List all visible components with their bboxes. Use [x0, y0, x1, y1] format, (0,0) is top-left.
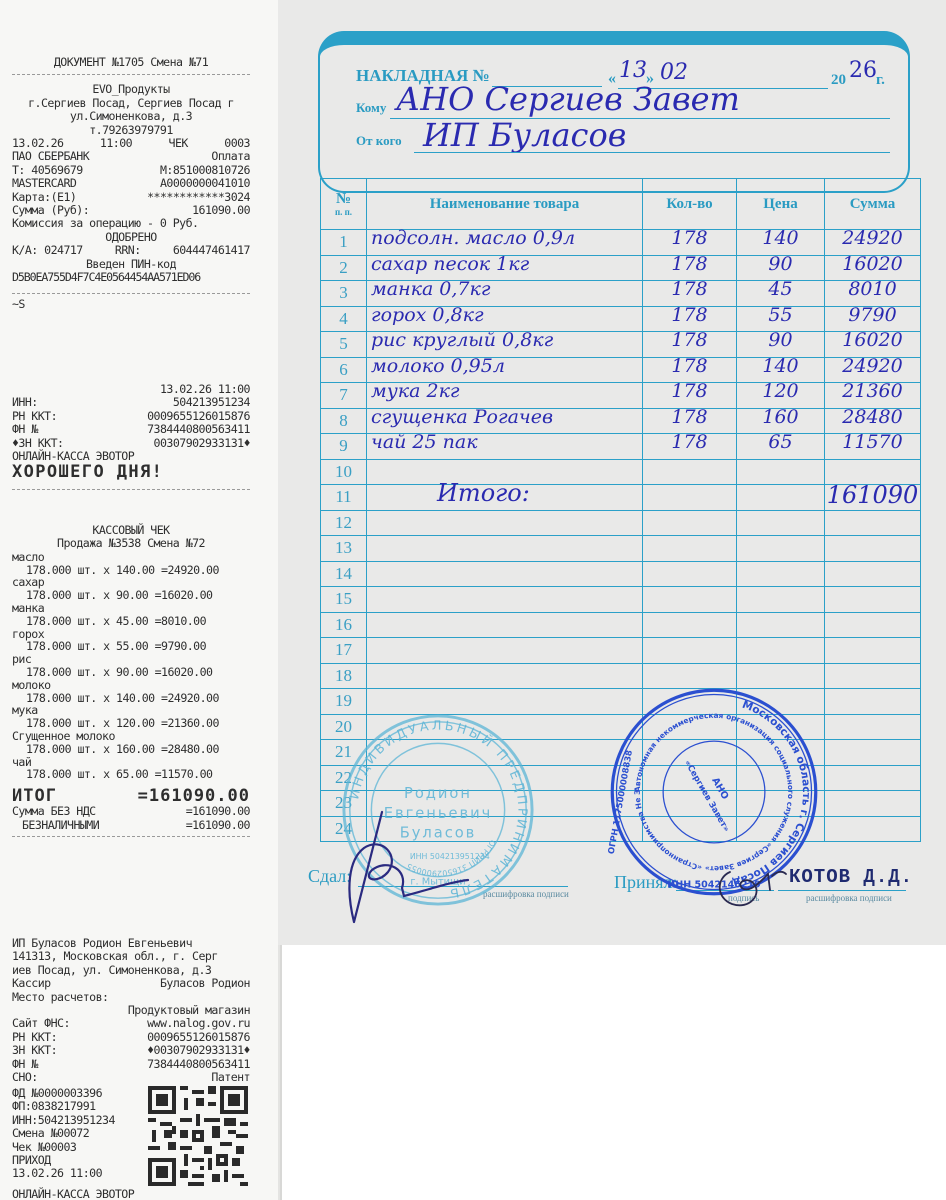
row-quantity: 178 — [671, 355, 707, 377]
row-price-cell: 140 — [737, 357, 825, 383]
check-item: Сгущенное молоко178.000 шт. х 160.00 =28… — [12, 730, 250, 756]
row-number-cell: 16 — [321, 612, 367, 638]
row-quantity-cell: 178 — [643, 357, 737, 383]
sno-value: Патент — [211, 1071, 250, 1084]
year-suffix: 26 — [849, 58, 877, 83]
row-item-name-cell — [367, 689, 643, 715]
table-row: 17 — [321, 638, 921, 664]
slip-card-system-row: MASTERCARD A0000000041010 — [12, 177, 250, 190]
approval-status: ОДОБРЕНО — [12, 231, 250, 244]
row-quantity: 178 — [671, 380, 707, 402]
row-sum-cell: 9790 — [825, 306, 921, 332]
fn-label: ФН № — [12, 1058, 38, 1071]
item-name: Сгущенное молоко — [12, 730, 250, 743]
row-quantity: 178 — [671, 227, 707, 249]
row-number-cell: 1 — [321, 230, 367, 256]
row-sum: 21360 — [842, 380, 902, 402]
row-price-cell: 45 — [737, 281, 825, 307]
row-sum: 16020 — [842, 253, 902, 275]
slip-sign: ~S — [12, 298, 250, 311]
row-item-name-cell — [367, 612, 643, 638]
slip-check-label: ЧЕК — [169, 137, 188, 150]
rn-label: РН ККТ: — [12, 410, 57, 423]
row-item-name: сгущенка Рогачев — [371, 406, 553, 428]
row-item-name: Итого: — [437, 479, 530, 507]
fiscal-datetime: 13.02.26 11:00 — [12, 383, 250, 396]
row-price-cell — [737, 510, 825, 536]
check-item: рис178.000 шт. х 90.00 =16020.00 — [12, 653, 250, 679]
row-quantity-cell — [643, 612, 737, 638]
from-line — [414, 152, 890, 153]
cashier-row: Кассир Буласов Родион — [12, 977, 250, 990]
fiscal-block-1: 13.02.26 11:00 ИНН: 504213951234 РН ККТ:… — [12, 383, 250, 494]
footer-inn: ИНН:504213951234 — [12, 1114, 152, 1127]
row-price-cell — [737, 561, 825, 587]
row-sum: 24920 — [842, 227, 902, 249]
row-price-cell: 55 — [737, 306, 825, 332]
row-quantity: 178 — [671, 431, 707, 453]
row-item-name-cell: чай 25 пак — [367, 434, 643, 460]
col-price: Цена — [737, 179, 825, 230]
row-number-cell: 18 — [321, 663, 367, 689]
item-line: 178.000 шт. х 45.00 =8010.00 — [12, 615, 250, 628]
row-sum-cell — [825, 740, 921, 766]
qr-code — [148, 1086, 248, 1186]
row-number-cell: 13 — [321, 536, 367, 562]
table-row: 8сгущенка Рогачев17816028480 — [321, 408, 921, 434]
row-sum-cell: 11570 — [825, 434, 921, 460]
row-price-cell — [737, 536, 825, 562]
rn-value: 0009655126015876 — [147, 1031, 250, 1044]
row-item-name-cell: манка 0,7кг — [367, 281, 643, 307]
table-row: 7мука 2кг17812021360 — [321, 383, 921, 409]
row-price-cell — [737, 638, 825, 664]
slip-check-no: 0003 — [224, 137, 250, 150]
site-link: www.nalog.gov.ru — [147, 1017, 250, 1030]
row-number-cell: 17 — [321, 638, 367, 664]
row-quantity-cell — [643, 459, 737, 485]
slip-bank-row: ПАО СБЕРБАНК Оплата — [12, 150, 250, 163]
rn-label: РН ККТ: — [12, 1031, 57, 1044]
row-sum-cell — [825, 663, 921, 689]
check-block: КАССОВЫЙ ЧЕК Продажа №3538 Смена №72 мас… — [12, 524, 250, 841]
zn-value: ♦00307902933131♦ — [147, 1044, 250, 1057]
total-value: =161090.00 — [138, 787, 250, 805]
slip-date: 13.02.26 — [12, 137, 63, 150]
signature-received — [710, 854, 790, 914]
divider — [12, 74, 250, 75]
row-quantity: 178 — [671, 278, 707, 300]
store-name: EVO_Продукты — [12, 83, 250, 96]
place-value: Продуктовый магазин — [12, 1004, 250, 1017]
table-row: 1подсолн. масло 0,9л17814024920 — [321, 230, 921, 256]
check-item: горох178.000 шт. х 55.00 =9790.00 — [12, 628, 250, 654]
col-number: №п. п. — [321, 179, 367, 230]
store-phone: т.79263979791 — [12, 124, 250, 137]
footer-datetime: 13.02.26 11:00 — [12, 1167, 152, 1180]
row-sum: 24920 — [842, 355, 902, 377]
slip-terminal-row: Т: 40569679 М:851000810726 — [12, 164, 250, 177]
row-quantity-cell — [643, 638, 737, 664]
row-item-name-cell: Итого: — [367, 485, 643, 511]
row-quantity-cell: 178 — [643, 255, 737, 281]
receipt-doc-header: ДОКУМЕНТ №1705 Смена №71 EVO_Продукты г.… — [12, 56, 250, 311]
seller-line-2: 141313, Московская обл., г. Серг — [12, 950, 250, 963]
row-quantity: 178 — [671, 253, 707, 275]
row-item-name: манка 0,7кг — [371, 278, 490, 300]
row-item-name-cell: сахар песок 1кг — [367, 255, 643, 281]
row-sum-cell: 24920 — [825, 357, 921, 383]
table-row: 2сахар песок 1кг1789016020 — [321, 255, 921, 281]
rrn-label: RRN: — [115, 244, 141, 257]
row-quantity-cell: 178 — [643, 332, 737, 358]
place-label: Место расчетов: — [12, 991, 250, 1004]
item-line: 178.000 шт. х 90.00 =16020.00 — [12, 589, 250, 602]
col-qty: Кол-во — [643, 179, 737, 230]
row-sum-cell: 16020 — [825, 332, 921, 358]
cash-receipt: ДОКУМЕНТ №1705 Смена №71 EVO_Продукты г.… — [0, 0, 280, 1200]
site-row: Сайт ФНС: www.nalog.gov.ru — [12, 1017, 250, 1030]
fp-number: ФП:0838217991 — [12, 1100, 152, 1113]
cashless-row: БЕЗНАЛИЧНЫМИ =161090.00 — [12, 819, 250, 832]
slip-auth-row: К/А: 024717 RRN: 604447461417 — [12, 244, 250, 257]
item-line: 178.000 шт. х 90.00 =16020.00 — [12, 666, 250, 679]
signature-handed — [338, 800, 488, 930]
row-price: 90 — [768, 253, 792, 275]
store-address-2: ул.Симоненкова, д.3 — [12, 110, 250, 123]
check-item: масло178.000 шт. х 140.00 =24920.00 — [12, 551, 250, 577]
to-value: АНО Сергиев Завет — [396, 80, 740, 118]
row-item-name-cell — [367, 561, 643, 587]
row-sum-cell — [825, 816, 921, 842]
footer-check: Чек №00003 — [12, 1141, 152, 1154]
row-item-name: мука 2кг — [371, 380, 460, 402]
row-price-cell: 140 — [737, 230, 825, 256]
sno-row: СНО: Патент — [12, 1071, 250, 1084]
row-sum-cell: 21360 — [825, 383, 921, 409]
row-number-cell: 8 — [321, 408, 367, 434]
row-sum: 28480 — [842, 406, 902, 428]
row-price: 65 — [768, 431, 792, 453]
seller-rn-row: РН ККТ: 0009655126015876 — [12, 1031, 250, 1044]
invoice-form: НАКЛАДНАЯ № « 13 » 02 20 26 г. Кому АНО … — [278, 0, 946, 945]
item-line: 178.000 шт. х 160.00 =28480.00 — [12, 743, 250, 756]
row-sum: 9790 — [848, 304, 896, 326]
row-price: 140 — [762, 355, 798, 377]
row-sum: 11570 — [842, 431, 902, 453]
row-price-cell: 160 — [737, 408, 825, 434]
year-prefix: 20 — [831, 72, 846, 89]
table-row: 12 — [321, 510, 921, 536]
check-items: масло178.000 шт. х 140.00 =24920.00 саха… — [12, 551, 250, 781]
row-sum-cell — [825, 791, 921, 817]
footer-type: ПРИХОД — [12, 1154, 152, 1167]
row-number-cell: 19 — [321, 689, 367, 715]
fiscal-fn-row: ФН № 7384440800563411 — [12, 423, 250, 436]
kassa-name: ОНЛАЙН-КАССА ЭВОТОР — [12, 450, 250, 463]
total-label: ИТОГ — [12, 787, 57, 805]
card-aid: A0000000041010 — [160, 177, 250, 190]
row-number-cell: 11 — [321, 485, 367, 511]
amount-value: 161090.00 — [192, 204, 250, 217]
check-item: сахар178.000 шт. х 90.00 =16020.00 — [12, 576, 250, 602]
sno-label: СНО: — [12, 1071, 38, 1084]
row-sum-cell: 8010 — [825, 281, 921, 307]
row-item-name-cell — [367, 663, 643, 689]
cashier-name: Буласов Родион — [160, 977, 250, 990]
row-quantity-cell: 178 — [643, 408, 737, 434]
terminal-id: Т: 40569679 — [12, 164, 83, 177]
row-item-name: рис круглый 0,8кг — [371, 329, 553, 351]
slip-card-row: Карта:(E1) ************3024 — [12, 191, 250, 204]
row-sum-cell — [825, 561, 921, 587]
footer-kassa: ОНЛАЙН-КАССА ЭВОТОР — [12, 1188, 152, 1200]
row-quantity-cell — [643, 663, 737, 689]
row-quantity-cell: 178 — [643, 306, 737, 332]
pin-entered: Введен ПИН-код — [12, 258, 250, 271]
row-price: 45 — [768, 278, 792, 300]
row-price: 55 — [768, 304, 792, 326]
fn-value: 7384440800563411 — [147, 423, 250, 436]
table-row: 5рис круглый 0,8кг1789016020 — [321, 332, 921, 358]
seller-zn-row: ЗН ККТ: ♦00307902933131♦ — [12, 1044, 250, 1057]
row-item-name-cell: сгущенка Рогачев — [367, 408, 643, 434]
item-line: 178.000 шт. х 65.00 =11570.00 — [12, 768, 250, 781]
row-sum-cell — [825, 689, 921, 715]
check-item: мука178.000 шт. х 120.00 =21360.00 — [12, 704, 250, 730]
row-sum-cell — [825, 510, 921, 536]
item-line: 178.000 шт. х 55.00 =9790.00 — [12, 640, 250, 653]
slip-hash: D5B0EA755D4F7C4E0564454AA571ED06 — [12, 271, 250, 284]
row-quantity-cell — [643, 561, 737, 587]
row-quantity-cell — [643, 587, 737, 613]
row-price: 90 — [768, 329, 792, 351]
row-quantity: 178 — [671, 304, 707, 326]
check-title: КАССОВЫЙ ЧЕК — [12, 524, 250, 537]
table-row: 14 — [321, 561, 921, 587]
row-number-cell: 5 — [321, 332, 367, 358]
footer-shift: Смена №00072 — [12, 1127, 152, 1140]
row-sum: 8010 — [848, 278, 896, 300]
amount-label: Сумма (Руб): — [12, 204, 89, 217]
row-price-cell: 90 — [737, 332, 825, 358]
row-item-name-cell — [367, 536, 643, 562]
inn-label: ИНН: — [12, 396, 38, 409]
table-row: 3манка 0,7кг178458010 — [321, 281, 921, 307]
row-item-name: горох 0,8кг — [371, 304, 484, 326]
row-price: 140 — [762, 227, 798, 249]
cashless-label: БЕЗНАЛИЧНЫМИ — [12, 819, 99, 832]
doc-header: ДОКУМЕНТ №1705 Смена №71 — [12, 56, 250, 69]
divider — [12, 293, 250, 294]
row-number-cell: 6 — [321, 357, 367, 383]
row-price-cell — [737, 485, 825, 511]
novat-row: Сумма БЕЗ НДС =161090.00 — [12, 805, 250, 818]
year-g: г. — [876, 72, 885, 89]
inn-value: 504213951234 — [173, 396, 250, 409]
merchant-id: М:851000810726 — [160, 164, 250, 177]
novat-label: Сумма БЕЗ НДС — [12, 805, 96, 818]
row-sum-cell: 24920 — [825, 230, 921, 256]
from-label: От кого — [356, 133, 402, 149]
zn-value: 00307902933131♦ — [154, 437, 250, 450]
row-price-cell — [737, 612, 825, 638]
row-quantity-cell: 178 — [643, 281, 737, 307]
table-row: 18 — [321, 663, 921, 689]
row-item-name-cell — [367, 587, 643, 613]
row-item-name-cell: рис круглый 0,8кг — [367, 332, 643, 358]
col-name: Наименование товара — [367, 179, 643, 230]
fiscal-rn-row: РН ККТ: 0009655126015876 — [12, 410, 250, 423]
row-number-cell: 4 — [321, 306, 367, 332]
row-number-cell: 3 — [321, 281, 367, 307]
row-quantity: 178 — [671, 329, 707, 351]
site-label: Сайт ФНС: — [12, 1017, 70, 1030]
slip-amount-row: Сумма (Руб): 161090.00 — [12, 204, 250, 217]
row-item-name: молоко 0,95л — [371, 355, 505, 377]
row-quantity-cell: 178 — [643, 383, 737, 409]
divider — [12, 836, 250, 837]
row-item-name-cell: мука 2кг — [367, 383, 643, 409]
table-row: 4горох 0,8кг178559790 — [321, 306, 921, 332]
rrn-value: 604447461417 — [173, 244, 250, 257]
row-quantity-cell — [643, 485, 737, 511]
row-price-cell — [737, 587, 825, 613]
row-number-cell: 10 — [321, 459, 367, 485]
row-item-name-cell — [367, 638, 643, 664]
row-price-cell: 90 — [737, 255, 825, 281]
row-item-name-cell: горох 0,8кг — [367, 306, 643, 332]
slip-time: 11:00 — [100, 137, 132, 150]
row-sum-cell — [825, 587, 921, 613]
row-number-cell: 2 — [321, 255, 367, 281]
fn-label: ФН № — [12, 423, 38, 436]
row-item-name-cell — [367, 510, 643, 536]
commission: Комиссия за операцию - 0 Руб. — [12, 217, 250, 230]
store-address-1: г.Сергиев Посад, Сергиев Посад г — [12, 97, 250, 110]
row-item-name-cell: подсолн. масло 0,9л — [367, 230, 643, 256]
seller-line-1: ИП Буласов Родион Евгеньевич — [12, 937, 250, 950]
novat-value: =161090.00 — [186, 805, 250, 818]
row-item-name: подсолн. масло 0,9л — [371, 227, 575, 249]
fiscal-footer: ФД №0000003396 ФП:0838217991 ИНН:5042139… — [12, 1087, 152, 1200]
fn-value: 7384440800563411 — [147, 1058, 250, 1071]
row-sum: 16020 — [842, 329, 902, 351]
row-price: 120 — [762, 380, 798, 402]
col-number-symbol: № — [321, 192, 366, 207]
card-mask: ************3024 — [147, 191, 250, 204]
row-sum-cell — [825, 612, 921, 638]
card-label: Карта:(E1) — [12, 191, 76, 204]
to-label: Кому — [356, 100, 386, 116]
check-item: манка178.000 шт. х 45.00 =8010.00 — [12, 602, 250, 628]
greeting: ХОРОШЕГО ДНЯ! — [12, 463, 250, 481]
row-price: 160 — [762, 406, 798, 428]
zn-label: ЗН ККТ: — [12, 1044, 57, 1057]
row-number-cell: 9 — [321, 434, 367, 460]
table-row: 13 — [321, 536, 921, 562]
table-row: 16 — [321, 612, 921, 638]
row-sum-cell — [825, 536, 921, 562]
bank-name: ПАО СБЕРБАНК — [12, 150, 89, 163]
col-number-sub: п. п. — [321, 207, 366, 217]
seller-fn-row: ФН № 7384440800563411 — [12, 1058, 250, 1071]
total-row: ИТОГ =161090.00 — [12, 787, 250, 805]
check-item: молоко178.000 шт. х 140.00 =24920.00 — [12, 679, 250, 705]
row-quantity-cell: 178 — [643, 230, 737, 256]
col-sum: Сумма — [825, 179, 921, 230]
table-row: 15 — [321, 587, 921, 613]
table-row: 9чай 25 пак1786511570 — [321, 434, 921, 460]
check-subtitle: Продажа №3538 Смена №72 — [12, 537, 250, 550]
cashless-value: =161090.00 — [186, 819, 250, 832]
row-quantity-cell — [643, 510, 737, 536]
slip-datetime-row: 13.02.26 11:00 ЧЕК 0003 — [12, 137, 250, 150]
seller-block: ИП Буласов Родион Евгеньевич 141313, Мос… — [12, 937, 250, 1084]
qr-code-icon — [148, 1086, 248, 1186]
row-quantity-cell: 178 — [643, 434, 737, 460]
row-item-name: чай 25 пак — [371, 431, 478, 453]
row-sum-cell — [825, 765, 921, 791]
row-quantity-cell — [643, 536, 737, 562]
row-sum-cell: 28480 — [825, 408, 921, 434]
card-system: MASTERCARD — [12, 177, 76, 190]
item-line: 178.000 шт. х 140.00 =24920.00 — [12, 692, 250, 705]
fiscal-inn-row: ИНН: 504213951234 — [12, 396, 250, 409]
row-price-cell: 65 — [737, 434, 825, 460]
row-item-name: сахар песок 1кг — [371, 253, 529, 275]
rn-value: 0009655126015876 — [147, 410, 250, 423]
row-sum-cell — [825, 714, 921, 740]
operation-type: Оплата — [211, 150, 250, 163]
row-number-cell: 7 — [321, 383, 367, 409]
item-name: молоко — [12, 679, 250, 692]
row-sum-cell — [825, 638, 921, 664]
seller-line-3: иев Посад, ул. Симоненкова, д.3 — [12, 964, 250, 977]
row-quantity: 178 — [671, 406, 707, 428]
row-sum: 161090 — [827, 481, 919, 509]
check-item: чай178.000 шт. х 65.00 =11570.00 — [12, 756, 250, 782]
auth-code: К/А: 024717 — [12, 244, 83, 257]
row-sum-cell: 16020 — [825, 255, 921, 281]
row-number-cell: 14 — [321, 561, 367, 587]
row-number-cell: 12 — [321, 510, 367, 536]
divider — [12, 489, 250, 490]
row-price-cell — [737, 663, 825, 689]
row-price-cell: 120 — [737, 383, 825, 409]
row-sum-cell: 161090 — [825, 485, 921, 511]
table-row: 6молоко 0,95л17814024920 — [321, 357, 921, 383]
from-value: ИП Буласов — [423, 116, 626, 154]
item-name: масло — [12, 551, 250, 564]
table-row: 11Итого:161090 — [321, 485, 921, 511]
row-number-cell: 15 — [321, 587, 367, 613]
row-item-name-cell: молоко 0,95л — [367, 357, 643, 383]
row-price-cell — [737, 459, 825, 485]
item-name: манка — [12, 602, 250, 615]
table-header: №п. п. Наименование товара Кол-во Цена С… — [321, 179, 921, 230]
fd-number: ФД №0000003396 — [12, 1087, 152, 1100]
cashier-label: Кассир — [12, 977, 51, 990]
item-line: 178.000 шт. х 140.00 =24920.00 — [12, 564, 250, 577]
